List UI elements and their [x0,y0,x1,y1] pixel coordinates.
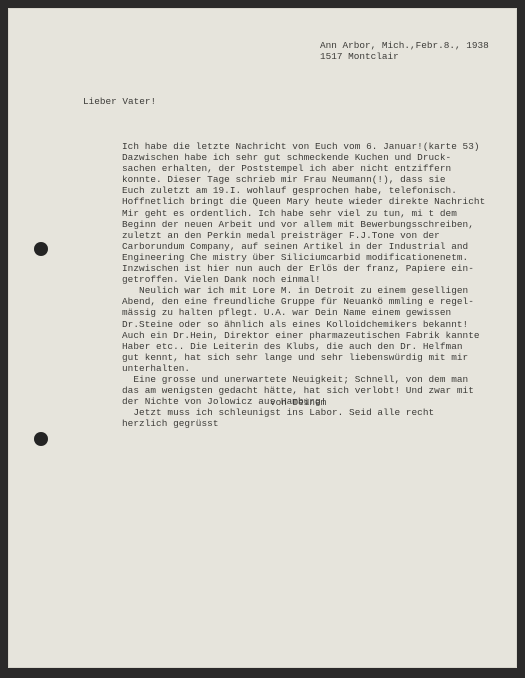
body-line: Neulich war ich mit Lore M. in Detroit z… [122,285,485,296]
place-date: Ann Arbor, Mich.,Febr.8., 1938 [320,40,489,51]
body-line: unterhalten. [122,363,485,374]
body-line: zuletzt an den Perkin medal preisträger … [122,230,485,241]
body-line: mässig zu halten pflegt. U.A. war Dein N… [122,307,485,318]
body-line: Hoffnetlich bringt die Queen Mary heute … [122,196,485,207]
body-line: Engineering Che mistry über Siliciumcarb… [122,252,485,263]
body-line: Eine grosse und unerwartete Neuigkeit; S… [122,374,485,385]
letter-header: Ann Arbor, Mich.,Febr.8., 1938 1517 Mont… [320,40,489,62]
body-line: Carborundum Company, auf seinen Artikel … [122,241,485,252]
body-line: Mir geht es ordentlich. Ich habe sehr vi… [122,208,485,219]
body-line: herzlich gegrüsst [122,418,485,429]
body-line: Ich habe die letzte Nachricht von Euch v… [122,141,485,152]
closing: von Deinem [270,397,326,408]
body-line: Dr.Steine oder so ähnlich als eines Koll… [122,319,485,330]
address: 1517 Montclair [320,51,399,62]
salutation: Lieber Vater! [83,96,156,107]
body-line: getroffen. Vielen Dank noch einmal! [122,274,485,285]
body-line: Jetzt muss ich schleunigst ins Labor. Se… [122,407,485,418]
body-line: Auch ein Dr.Hein, Direktor einer pharmaz… [122,330,485,341]
letter-body: Ich habe die letzte Nachricht von Euch v… [122,141,485,429]
body-line: das am wenigsten gedacht hätte, hat sich… [122,385,485,396]
body-line: Inzwischen ist hier nun auch der Erlös d… [122,263,485,274]
body-line: Beginn der neuen Arbeit und vor allem mi… [122,219,485,230]
body-line: Dazwischen habe ich sehr gut schmeckende… [122,152,485,163]
punch-hole [34,242,48,256]
body-line: gut kennt, hat sich sehr lange und sehr … [122,352,485,363]
body-line: Haber etc.. Die Leiterin des Klubs, die … [122,341,485,352]
body-line: sachen erhalten, der Poststempel ich abe… [122,163,485,174]
body-line: Abend, den eine freundliche Gruppe für N… [122,296,485,307]
letter-page: Ann Arbor, Mich.,Febr.8., 1938 1517 Mont… [8,8,517,668]
body-line: Euch zuletzt am 19.I. wohlauf gesprochen… [122,185,485,196]
body-line: konnte. Dieser Tage schrieb mir Frau Neu… [122,174,485,185]
punch-hole [34,432,48,446]
